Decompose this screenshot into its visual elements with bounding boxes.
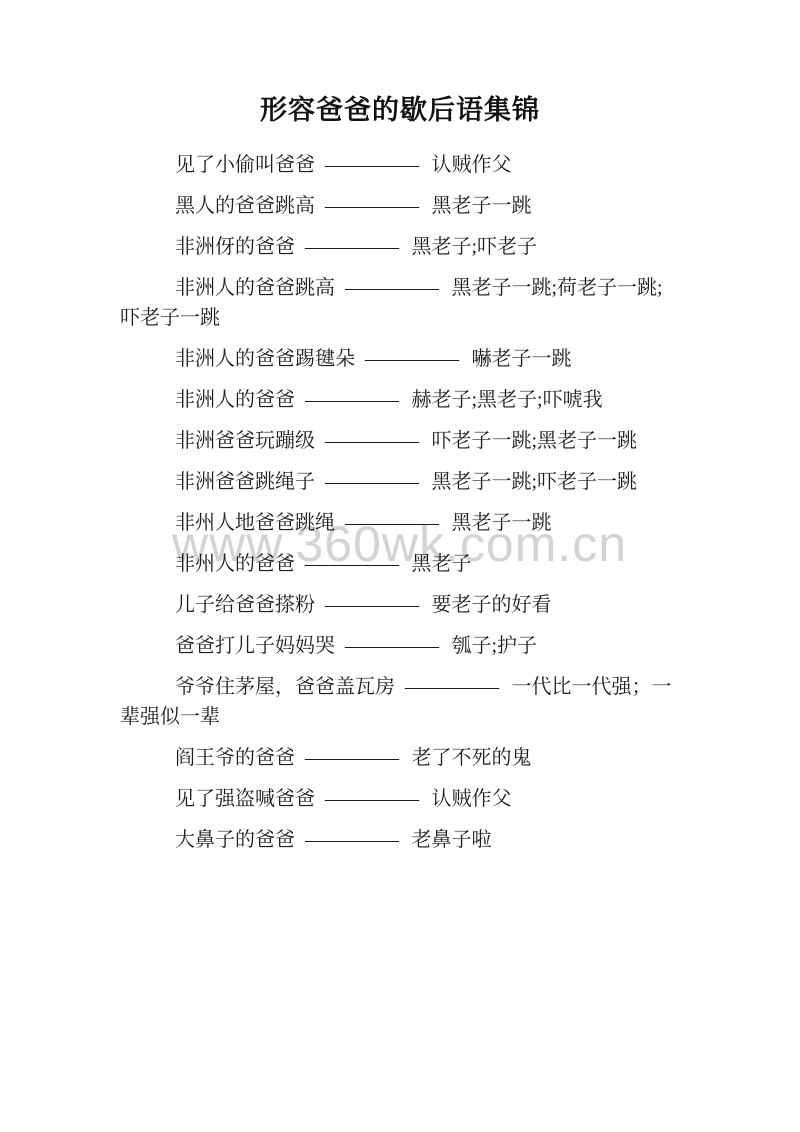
dash-separator: ————— — [305, 553, 398, 575]
saying-answer: 认贼作父 — [432, 154, 512, 176]
saying-row: 非洲爸爸跳绳子—————黑老子一跳;吓老子一跳 — [120, 467, 682, 497]
saying-phrase: 非洲爸爸玩蹦级 — [175, 430, 315, 452]
saying-row: 非洲人的爸爸踢毽朵—————嚇老子一跳 — [120, 344, 682, 374]
dash-separator: ————— — [305, 236, 398, 258]
page-title: 形容爸爸的歇后语集锦 — [0, 0, 800, 126]
dash-separator: ————— — [325, 430, 418, 452]
saying-phrase: 非州人的爸爸 — [175, 553, 295, 575]
dash-separator: ————— — [305, 747, 398, 769]
saying-row: 非洲人的爸爸—————赫老子;黑老子;吓唬我 — [120, 385, 682, 415]
dash-separator: ————— — [345, 635, 438, 657]
dash-separator: ————— — [325, 195, 418, 217]
dash-separator: ————— — [325, 788, 418, 810]
saying-row: 黑人的爸爸跳高—————黑老子一跳 — [120, 191, 682, 221]
saying-answer: 黑老子一跳 — [452, 512, 552, 534]
document-page: www.360wk.com.cn 形容爸爸的歇后语集锦 见了小偷叫爸爸—————… — [0, 0, 800, 1132]
dash-separator: ————— — [345, 512, 438, 534]
saying-phrase: 非州人地爸爸跳绳 — [175, 512, 335, 534]
saying-phrase: 非洲人的爸爸跳高 — [175, 277, 335, 299]
saying-answer: 黑老子;吓老子 — [412, 236, 538, 258]
saying-answer: 老了不死的鬼 — [412, 747, 532, 769]
saying-row: 阎王爷的爸爸—————老了不死的鬼 — [120, 743, 682, 773]
saying-phrase: 爸爸打儿子妈妈哭 — [175, 635, 335, 657]
saying-phrase: 非洲伢的爸爸 — [175, 236, 295, 258]
dash-separator: ————— — [345, 277, 438, 299]
saying-phrase: 儿子给爸爸搽粉 — [175, 594, 315, 616]
dash-separator: ————— — [305, 829, 398, 851]
saying-row: 非洲爸爸玩蹦级—————吓老子一跳;黑老子一跳 — [120, 426, 682, 456]
saying-row: 见了强盗喊爸爸—————认贼作父 — [120, 784, 682, 814]
saying-answer: 吓老子一跳;黑老子一跳 — [432, 430, 638, 452]
saying-phrase: 非洲爸爸跳绳子 — [175, 471, 315, 493]
dash-separator: ————— — [325, 154, 418, 176]
saying-phrase: 黑人的爸爸跳高 — [175, 195, 315, 217]
saying-answer: 嚇老子一跳 — [472, 348, 572, 370]
saying-row: 见了小偷叫爸爸—————认贼作父 — [120, 150, 682, 180]
saying-phrase: 见了强盗喊爸爸 — [175, 788, 315, 810]
saying-answer: 赫老子;黑老子;吓唬我 — [412, 389, 603, 411]
saying-phrase: 阎王爷的爸爸 — [175, 747, 295, 769]
saying-row: 非州人的爸爸—————黑老子 — [120, 549, 682, 579]
saying-answer: 老鼻子啦 — [412, 829, 492, 851]
saying-answer: 黑老子一跳 — [432, 195, 532, 217]
saying-answer: 要老子的好看 — [432, 594, 552, 616]
dash-separator: ————— — [405, 676, 498, 698]
saying-row: 非洲人的爸爸跳高—————黑老子一跳;荷老子一跳;吓老子一跳 — [120, 273, 682, 333]
saying-phrase: 非洲人的爸爸踢毽朵 — [175, 348, 355, 370]
saying-answer: 瓠子;护子 — [452, 635, 538, 657]
saying-row: 大鼻子的爸爸—————老鼻子啦 — [120, 825, 682, 855]
saying-row: 爷爷住茅屋，爸爸盖瓦房—————一代比一代强；一辈强似一辈 — [120, 672, 682, 732]
dash-separator: ————— — [325, 471, 418, 493]
dash-separator: ————— — [305, 389, 398, 411]
saying-phrase: 爷爷住茅屋，爸爸盖瓦房 — [175, 676, 395, 698]
saying-row: 非州人地爸爸跳绳—————黑老子一跳 — [120, 508, 682, 538]
saying-answer: 认贼作父 — [432, 788, 512, 810]
saying-answer: 黑老子 — [412, 553, 472, 575]
dash-separator: ————— — [365, 348, 458, 370]
dash-separator: ————— — [325, 594, 418, 616]
saying-answer: 黑老子一跳;吓老子一跳 — [432, 471, 638, 493]
saying-phrase: 非洲人的爸爸 — [175, 389, 295, 411]
saying-row: 儿子给爸爸搽粉—————要老子的好看 — [120, 590, 682, 620]
saying-row: 爸爸打儿子妈妈哭—————瓠子;护子 — [120, 631, 682, 661]
saying-phrase: 见了小偷叫爸爸 — [175, 154, 315, 176]
saying-phrase: 大鼻子的爸爸 — [175, 829, 295, 851]
saying-row: 非洲伢的爸爸—————黑老子;吓老子 — [120, 232, 682, 262]
saying-list: 见了小偷叫爸爸—————认贼作父 黑人的爸爸跳高—————黑老子一跳 非洲伢的爸… — [120, 150, 682, 855]
